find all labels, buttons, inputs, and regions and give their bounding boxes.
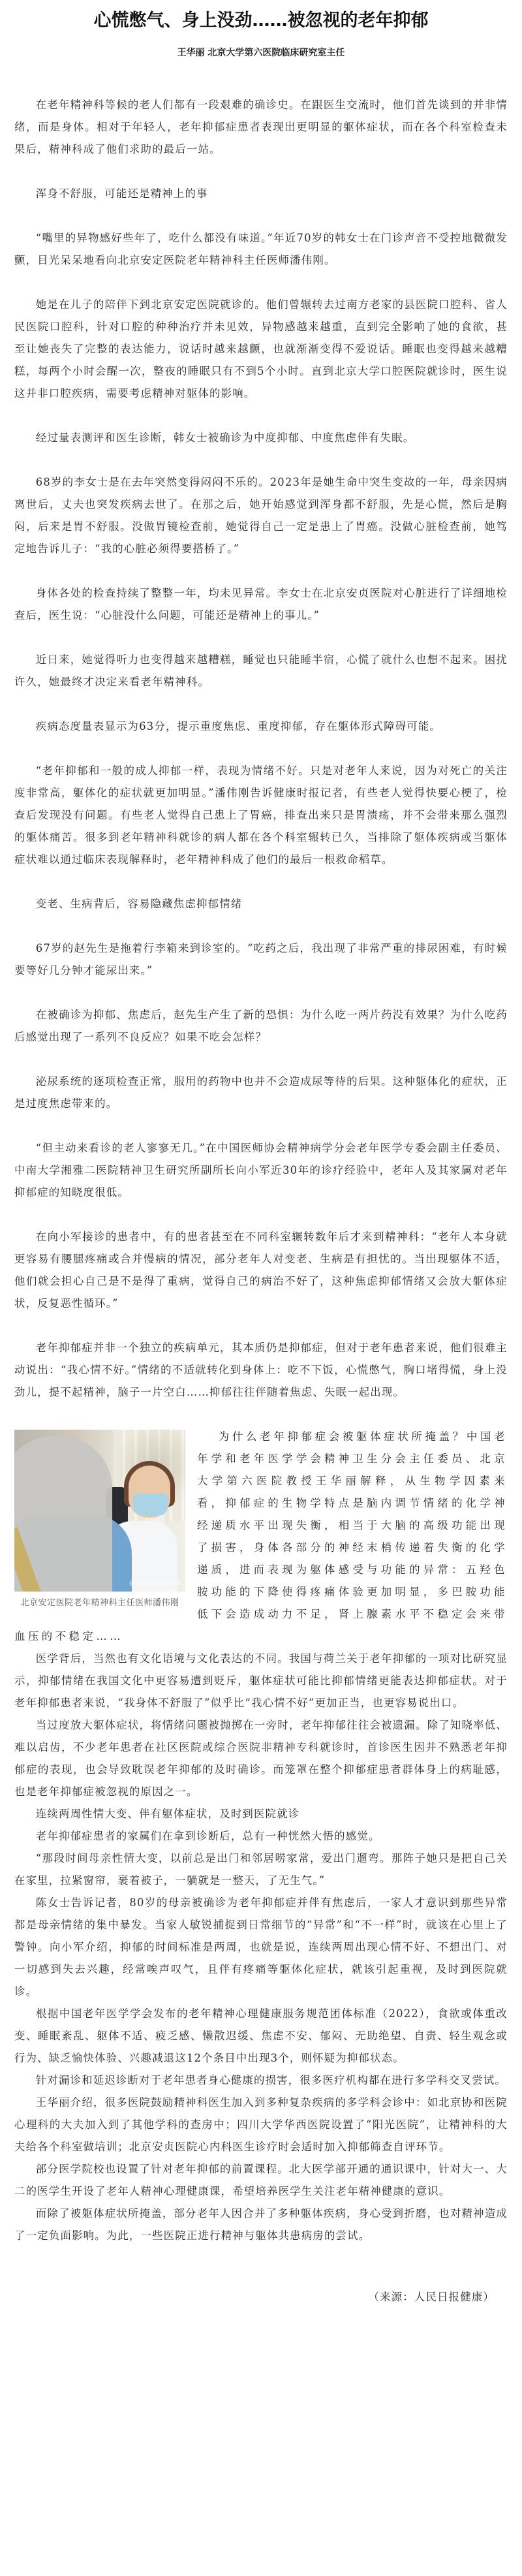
paragraph: 老年抑郁症并非一个独立的疾病单元，其本质仍是抑郁症，但对于老年患者来说，他们很难… [14, 1337, 508, 1404]
article-title: 心慌憋气、身上没劲……被忽视的老年抑郁 [0, 0, 522, 42]
paragraph: 疾病态度量表显示为63分，提示重度焦虑、重度抑郁，存在躯体形式障碍可能。 [14, 715, 508, 738]
paragraph: 针对漏诊和延迟诊断对于老年患者身心健康的损害，很多医疗机构都在进行多学科交叉尝试… [14, 2069, 508, 2092]
paragraph: 根据中国老年医学学会发布的老年精神心理健康服务规范团体标准（2022），食欲或体… [14, 2003, 508, 2069]
figure-section: @人民日报健康客户端 北京安定医院老年精神科主任医师潘伟刚 为什么老年抑郁症会被… [14, 1426, 508, 1648]
paragraph: 在老年精神科等候的老人们都有一段艰难的确诊史。在跟医生交流时，他们首先谈到的并非… [14, 94, 508, 161]
paragraph: 老年抑郁症患者的家属们在拿到诊断后，总有一种恍然大悟的感觉。 [14, 1825, 508, 1847]
photo-watermark: @人民日报健康客户端 [129, 1579, 181, 1586]
paragraph: “但主动来看诊的老人寥寥无几。”在中国医师协会精神病学分会老年医学专委会副主任委… [14, 1137, 508, 1204]
paragraph: 当过度放大躯体症状，将情绪问题被抛掷在一旁时，老年抑郁往往会被遗漏。除了知晓率低… [14, 1714, 508, 1803]
paragraph: 泌尿系统的逐项检查正常，服用的药物中也并不会造成尿等待的后果。这种躯体化的症状，… [14, 1071, 508, 1115]
paragraph: 而除了被躯体症状所掩盖，部分老年人因合并了多种躯体疾病，身心受到折磨，也对精神造… [14, 2203, 508, 2247]
paragraph: “那段时间母亲性情大变，以前总是出门和邻居唠家常，爱出门遛弯。那阵子她只是把自己… [14, 1847, 508, 1892]
section-heading: 连续两周性情大变、伴有躯体症状，及时到医院就诊 [14, 1803, 508, 1825]
paragraph: 部分医学院校也设置了针对老年抑郁的前置课程。北大医学部开通的通识课中，针对大一、… [14, 2158, 508, 2203]
paragraph: 在被确诊为抑郁、焦虑后，赵先生产生了新的恐惧：为什么吃一两片药没有效果？为什么吃… [14, 1004, 508, 1048]
paragraph: “嘴里的异物感好些年了，吃什么都没有味道。”年近70岁的韩女士在门诊声音不受控地… [14, 227, 508, 272]
article-byline: 王华丽 北京大学第六医院临床研究室主任 [0, 46, 522, 72]
paragraph: 王华丽介绍，很多医院鼓励精神科医生加入到多种复杂疾病的多学科会诊中：如北京协和医… [14, 2092, 508, 2158]
face-mask [133, 1494, 168, 1516]
article-source: （来源：人民日报健康） [14, 2286, 508, 2308]
paragraph: 陈女士告诉记者，80岁的母亲被确诊为老年抑郁症并伴有焦虑后，一家人才意识到那些异… [14, 1892, 508, 2003]
paragraph: 医学背后，当然也有文化语境与文化表达的不同。我国与荷兰关于老年抑郁的一项对比研究… [14, 1648, 508, 1714]
paragraph: 近日来，她觉得听力也变得越来越糟糕，睡觉也只能睡半宿，心慌了就什么也想不起来。困… [14, 649, 508, 693]
paragraph: 她是在儿子的陪伴下到北京安定医院就诊的。他们曾辗转去过南方老家的县医院口腔科、省… [14, 294, 508, 405]
paragraph: 经过量表测评和医生诊断，韩女士被确诊为中度抑郁、中度焦虑伴有失眠。 [14, 427, 508, 449]
section-heading: 变老、生病背后，容易隐藏焦虑抑郁情绪 [14, 893, 508, 915]
article-body: 在老年精神科等候的老人们都有一段艰难的确诊史。在跟医生交流时，他们首先谈到的并非… [0, 94, 522, 2308]
figure: @人民日报健康客户端 北京安定医院老年精神科主任医师潘伟刚 [14, 1430, 185, 1610]
article-page: 心慌憋气、身上没劲……被忽视的老年抑郁 王华丽 北京大学第六医院临床研究室主任 … [0, 0, 522, 2328]
paragraph: 68岁的李女士是在去年突然变得闷闷不乐的。2023年是她生命中突生变故的一年，母… [14, 471, 508, 560]
paragraph: 身体各处的检查持续了整整一年，均未见异常。李女士在北京安贞医院对心脏进行了详细地… [14, 582, 508, 627]
section-heading: 浑身不舒服，可能还是精神上的事 [14, 183, 508, 205]
paragraph: 67岁的赵先生是拖着行李箱来到诊室的。“吃药之后，我出现了非常严重的排尿困难，有… [14, 937, 508, 982]
doctor-consultation-photo: @人民日报健康客户端 [14, 1430, 185, 1592]
paragraph: “老年抑郁和一般的成人抑郁一样，表现为情绪不好。只是对老年人来说，因为对死亡的关… [14, 760, 508, 871]
photo-caption: 北京安定医院老年精神科主任医师潘伟刚 [14, 1597, 185, 1610]
paragraph: 在向小军接诊的患者中，有的患者甚至在不同科室辗转数年后才来到精神科：“老年人本身… [14, 1226, 508, 1315]
